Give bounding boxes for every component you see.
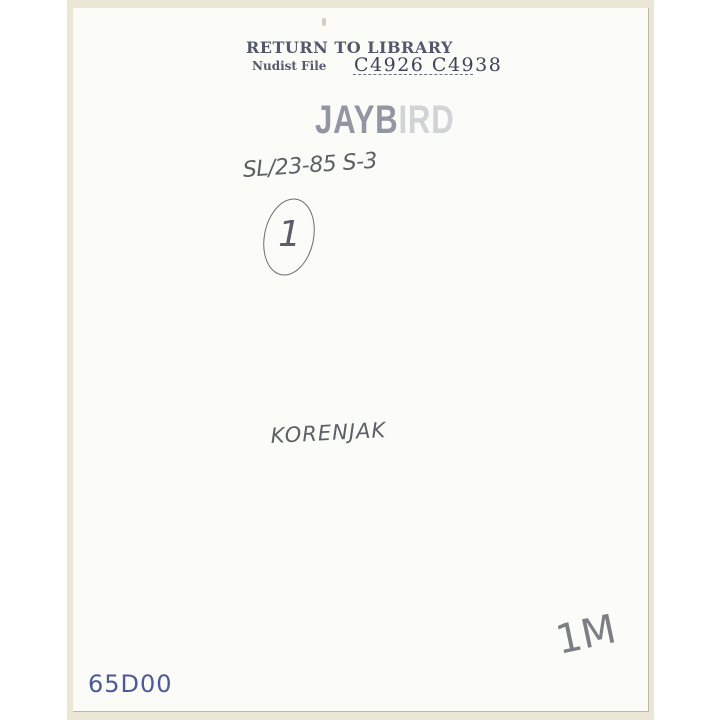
handwritten-inventory-code: 65D00 [88, 670, 173, 698]
paper-speck [322, 18, 326, 26]
stamp-file-number: C4926 C4938 [354, 54, 502, 76]
publisher-stamp-text: JAYB [315, 98, 398, 142]
publisher-stamp: JAYBIRD [315, 98, 455, 143]
stamp-field-label: Nudist File [252, 59, 326, 73]
handwritten-circled-number: 1 [278, 214, 301, 255]
publisher-stamp-faded: IRD [398, 98, 454, 142]
